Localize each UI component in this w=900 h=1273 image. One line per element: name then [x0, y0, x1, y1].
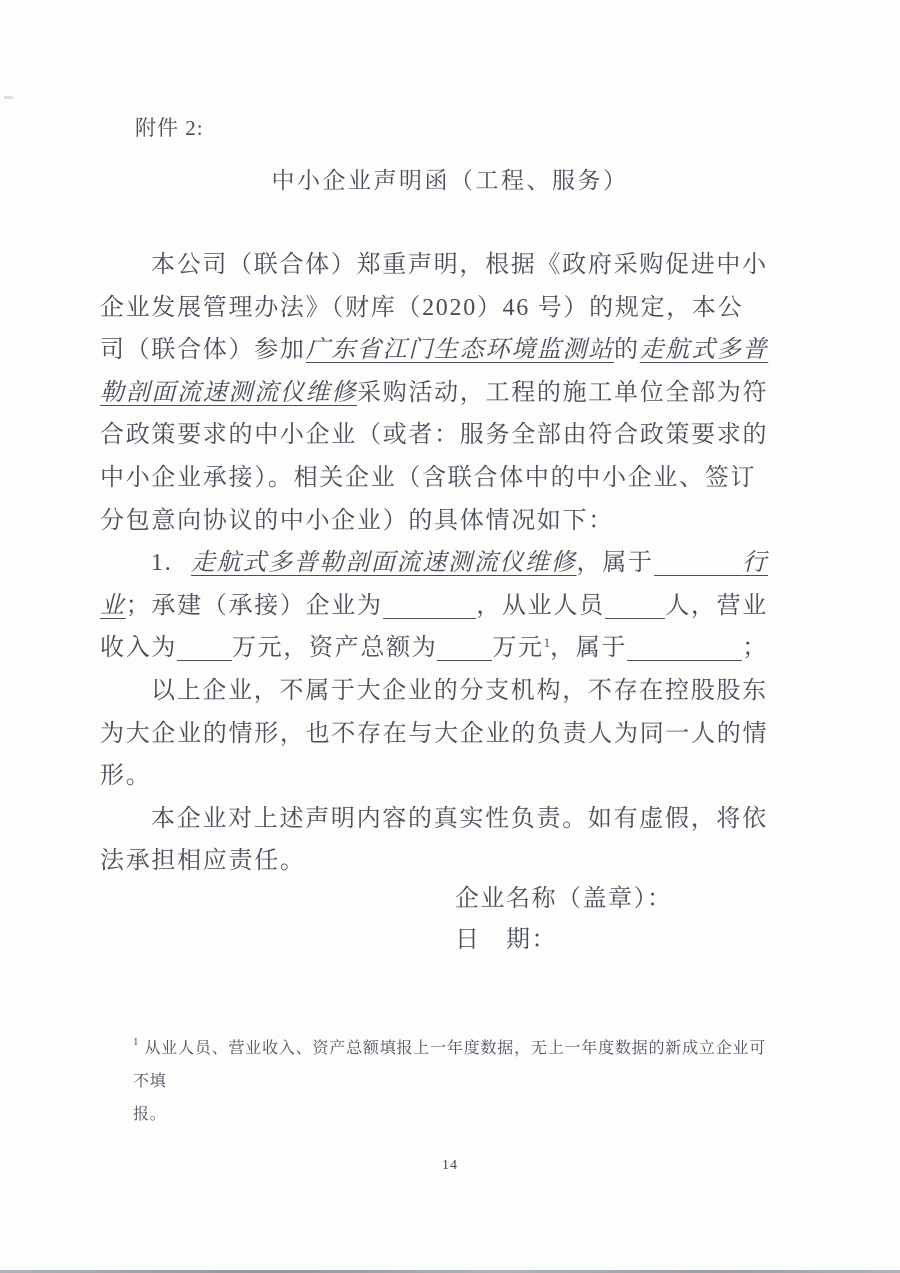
text-line: 本企业对上述声明内容的真实性负责。如有虚假，将依 — [100, 798, 768, 841]
text-segment: 的 — [614, 337, 640, 363]
text-segment: ，从业人员 — [476, 585, 605, 628]
underlined-text: 业 — [100, 585, 126, 628]
text-segment: ，属于 — [550, 627, 627, 670]
text-line: 形。 — [100, 755, 768, 798]
body-text: 本公司（联合体）郑重声明，根据《政府采购促进中小 企业发展管理办法》（财库（20… — [100, 244, 768, 883]
document-title: 中小企业声明函（工程、服务） — [0, 162, 900, 195]
footnote-marker: 1 — [133, 1036, 139, 1048]
page-number: 14 — [0, 1158, 900, 1174]
text-line: 业；承建（承接）企业为，从业人员人，营业 — [100, 585, 768, 628]
company-name-label: 企业名称（盖章）： — [455, 879, 673, 920]
text-segment: 分包意向协议的中小企业）的具体情况如下： — [100, 508, 614, 534]
text-line: 分包意向协议的中小企业）的具体情况如下： — [100, 500, 768, 543]
signature-block: 企业名称（盖章）： 日 期： — [455, 879, 673, 961]
blank-revenue — [177, 627, 232, 661]
text-line: 企业发展管理办法》（财库（2020）46 号）的规定，本公 — [100, 287, 768, 330]
text-segment: 以上企业，不属于大企业的分支机构，不存在控股股东 — [151, 678, 768, 704]
text-segment: 法承担相应责任。 — [100, 848, 306, 874]
text-segment: 万元，资产总额为 — [232, 627, 438, 670]
text-line: 收入为万元，资产总额为万元1，属于； — [100, 627, 768, 670]
underlined-text: 行 — [742, 542, 768, 585]
date-label: 日 期： — [455, 920, 673, 961]
text-segment: ，属于 — [577, 542, 654, 585]
footnote: 1从业人员、营业收入、资产总额填报上一年度数据，无上一年度数据的新成立企业可不填… — [133, 1026, 778, 1131]
blank-enterprise-type — [627, 627, 742, 661]
blank-employees — [605, 585, 665, 619]
text-segment: 合政策要求的中小企业（或者：服务全部由符合政策要求的 — [100, 422, 768, 448]
text-segment: 本企业对上述声明内容的真实性负责。如有虚假，将依 — [151, 806, 768, 832]
footnote-line: 1从业人员、营业收入、资产总额填报上一年度数据，无上一年度数据的新成立企业可不填 — [133, 1026, 778, 1098]
text-line: 合政策要求的中小企业（或者：服务全部由符合政策要求的 — [100, 414, 768, 457]
text-line: 本公司（联合体）郑重声明，根据《政府采购促进中小 — [100, 244, 768, 287]
text-line: 法承担相应责任。 — [100, 840, 768, 883]
footnote-text: 报。 — [133, 1106, 167, 1123]
blank-assets — [437, 627, 492, 661]
project-name-segment: 走航式多普 — [640, 337, 769, 363]
text-segment: 为大企业的情形，也不存在与大企业的负责人为同一人的情 — [100, 721, 768, 747]
blank-company — [383, 585, 477, 619]
text-line: 中小企业承接）。相关企业（含联合体中的中小企业、签订 — [100, 457, 768, 500]
text-line: 司（联合体）参加广东省江门生态环境监测站的走航式多普 — [100, 329, 768, 372]
text-line: 为大企业的情形，也不存在与大企业的负责人为同一人的情 — [100, 713, 768, 756]
text-segment: 万元 — [492, 627, 543, 670]
text-line: 1.走航式多普勒剖面流速测流仪维修，属于行 — [100, 542, 768, 585]
text-line: 以上企业，不属于大企业的分支机构，不存在控股股东 — [100, 670, 768, 713]
text-segment: 采购活动，工程的施工单位全部为符 — [357, 380, 768, 406]
text-segment: ；承建（承接）企业为 — [126, 585, 383, 628]
text-segment: 司（联合体）参加 — [100, 337, 306, 363]
list-number: 1. — [151, 542, 191, 585]
scan-speck — [4, 96, 13, 99]
purchaser-name: 广东省江门生态环境监测站 — [306, 337, 614, 363]
text-segment: 本公司（联合体）郑重声明，根据《政府采购促进中小 — [151, 252, 768, 278]
blank-industry — [654, 542, 743, 576]
project-name-segment: 勒剖面流速测流仪维修 — [100, 380, 357, 406]
project-name-segment: 走航式多普勒剖面流速测流仪维修 — [191, 542, 577, 585]
attachment-label: 附件 2: — [135, 112, 204, 142]
text-segment: 中小企业承接）。相关企业（含联合体中的中小企业、签订 — [100, 465, 756, 491]
footnote-text: 从业人员、营业收入、资产总额填报上一年度数据，无上一年度数据的新成立企业可不填 — [133, 1040, 766, 1090]
text-line: 勒剖面流速测流仪维修采购活动，工程的施工单位全部为符 — [100, 372, 768, 415]
text-segment: 收入为 — [100, 627, 177, 670]
text-segment: 企业发展管理办法》（财库（2020）46 号）的规定，本公 — [100, 295, 743, 321]
document-page: 附件 2: 中小企业声明函（工程、服务） 本公司（联合体）郑重声明，根据《政府采… — [0, 0, 900, 1273]
footnote-line: 报。 — [133, 1098, 778, 1131]
text-segment: ； — [742, 627, 768, 670]
text-segment: 形。 — [100, 763, 151, 789]
text-segment: 人，营业 — [665, 585, 768, 628]
